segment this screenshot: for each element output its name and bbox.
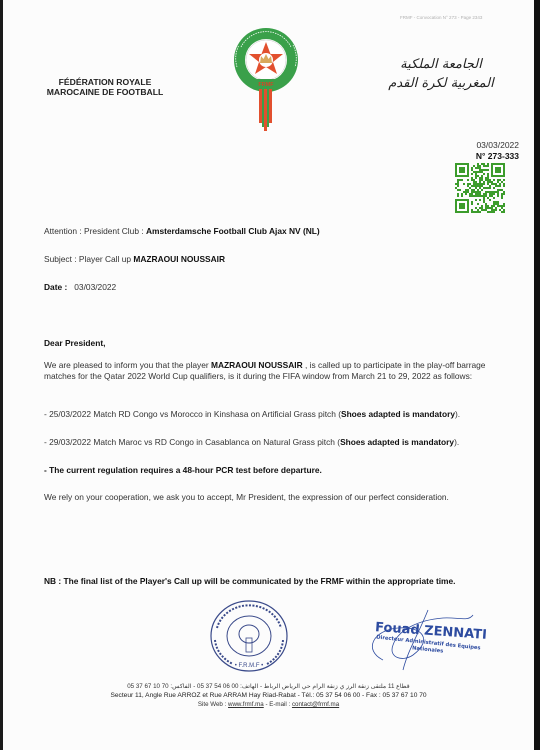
date-label: Date : xyxy=(44,282,67,292)
match-1-emphasis: Shoes adapted is mandatory xyxy=(341,409,455,419)
attention-line: Attention : President Club : Amsterdamsc… xyxy=(44,226,320,236)
federation-name-fr-line-1: FÉDÉRATION ROYALE xyxy=(45,77,165,87)
intro-player: MAZRAOUI NOUSSAIR xyxy=(211,360,303,370)
match-item-1: - 25/03/2022 Match RD Congo vs Morocco i… xyxy=(44,409,460,419)
email-label: - E-mail : xyxy=(264,701,292,708)
federation-name-ar: الجامعة الملكية المغربية لكرة القدم xyxy=(381,55,501,93)
subject-line: Subject : Player Call up MAZRAOUI NOUSSA… xyxy=(44,254,225,264)
svg-text:• F.R.M.F •: • F.R.M.F • xyxy=(235,663,264,669)
reference-line: FRMF - Convocation N° 273 - Page 2343 xyxy=(400,15,482,20)
frmf-logo-icon: FRMF xyxy=(231,27,301,131)
letter-number: N° 273-333 xyxy=(451,151,519,161)
match-2-emphasis: Shoes adapted is mandatory xyxy=(340,437,454,447)
pcr-notice: - The current regulation requires a 48-h… xyxy=(44,465,322,475)
nb-notice: NB : The final list of the Player's Call… xyxy=(44,576,456,586)
footer-address-ar: قطاع 11 ملتقى زنقة الرز ي زنقة الرام حي … xyxy=(3,683,534,690)
footer-address-fr: Secteur 11, Angle Rue ARROZ et Rue ARRAM… xyxy=(3,692,534,699)
frmf-stamp-icon: • F.R.M.F • xyxy=(207,598,291,674)
date-line: Date : 03/03/2022 xyxy=(44,282,116,292)
salutation-text: Dear President, xyxy=(44,338,105,348)
match-2-text: - 29/03/2022 Match Maroc vs RD Congo in … xyxy=(44,437,340,447)
player-name: MAZRAOUI NOUSSAIR xyxy=(133,254,225,264)
nb-notice-text: NB : The final list of the Player's Call… xyxy=(44,576,456,586)
closing-paragraph: We rely on your cooperation, we ask you … xyxy=(44,492,449,502)
letter-date: 03/03/2022 xyxy=(451,140,519,150)
federation-name-fr-line-2: MAROCAINE DE FOOTBALL xyxy=(45,87,165,97)
email-link[interactable]: contact@frmf.ma xyxy=(292,701,339,708)
website-link[interactable]: www.frmf.ma xyxy=(228,701,264,708)
letter-page: FRMF - Convocation N° 273 - Page 2343 FÉ… xyxy=(3,0,534,750)
footer-contact: Site Web : www.frmf.ma - E-mail : contac… xyxy=(3,701,534,708)
qr-code-icon[interactable] xyxy=(455,163,505,213)
match-item-2: - 29/03/2022 Match Maroc vs RD Congo in … xyxy=(44,437,459,447)
svg-text:FRMF: FRMF xyxy=(258,82,274,88)
match-1-tail: ). xyxy=(455,409,460,419)
intro-paragraph: We are pleased to inform you that the pl… xyxy=(44,360,514,381)
federation-name-ar-line-2: المغربية لكرة القدم xyxy=(381,74,501,93)
pcr-notice-text: - The current regulation requires a 48-h… xyxy=(44,465,322,475)
federation-name-ar-line-1: الجامعة الملكية xyxy=(381,55,501,74)
right-edge-border xyxy=(534,0,540,750)
site-label: Site Web : xyxy=(198,701,228,708)
date-value: 03/03/2022 xyxy=(74,282,116,292)
federation-name-fr: FÉDÉRATION ROYALE MAROCAINE DE FOOTBALL xyxy=(45,77,165,97)
salutation: Dear President, xyxy=(44,338,105,348)
attention-label: Attention : President Club : xyxy=(44,226,146,236)
intro-before: We are pleased to inform you that the pl… xyxy=(44,360,211,370)
match-2-tail: ). xyxy=(454,437,459,447)
club-name: Amsterdamsche Football Club Ajax NV (NL) xyxy=(146,226,320,236)
match-1-text: - 25/03/2022 Match RD Congo vs Morocco i… xyxy=(44,409,341,419)
subject-label: Subject : Player Call up xyxy=(44,254,133,264)
